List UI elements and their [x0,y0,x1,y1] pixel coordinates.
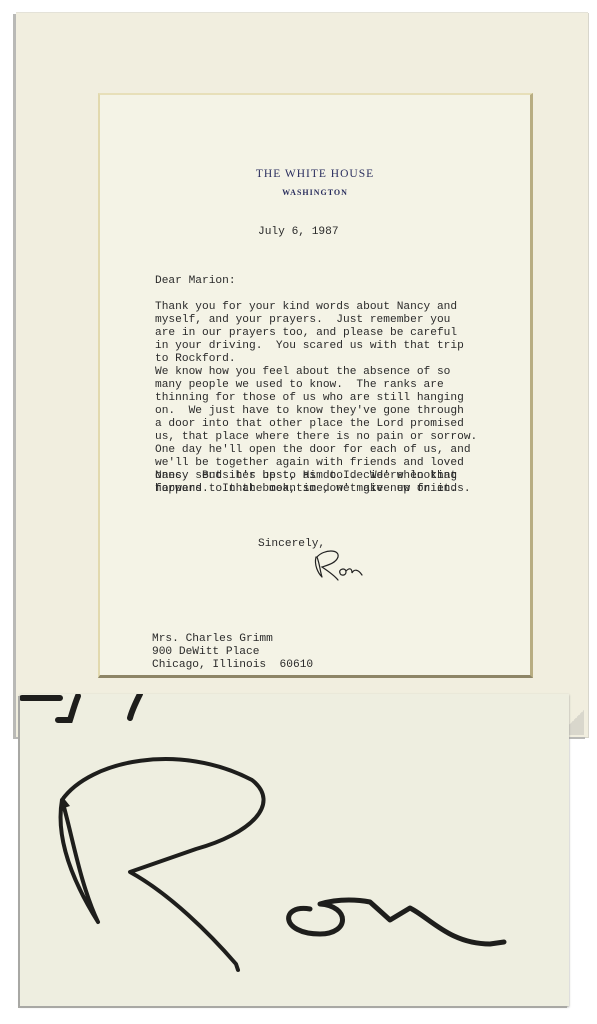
salutation: Dear Marion: [155,275,236,288]
letterhead-city: WASHINGTON [100,188,530,197]
recipient-address: Mrs. Charles Grimm 900 DeWitt Place Chic… [152,633,313,672]
letter-date: July 6, 1987 [258,226,339,239]
letterhead-title: THE WHITE HOUSE [100,168,530,180]
paragraph-3: Nancy sends her best, as do I. We're loo… [155,470,457,496]
signature-ron-small [310,547,370,582]
mat-corner [569,700,584,735]
matting-frame: THE WHITE HOUSE WASHINGTON July 6, 1987 … [16,12,588,737]
letter-window: THE WHITE HOUSE WASHINGTON July 6, 1987 … [98,93,533,678]
letterhead: THE WHITE HOUSE WASHINGTON [100,168,530,197]
signature-closeup [20,694,569,1006]
signature-ron-large [20,694,569,1006]
paragraph-1: Thank you for your kind words about Nanc… [155,301,464,366]
